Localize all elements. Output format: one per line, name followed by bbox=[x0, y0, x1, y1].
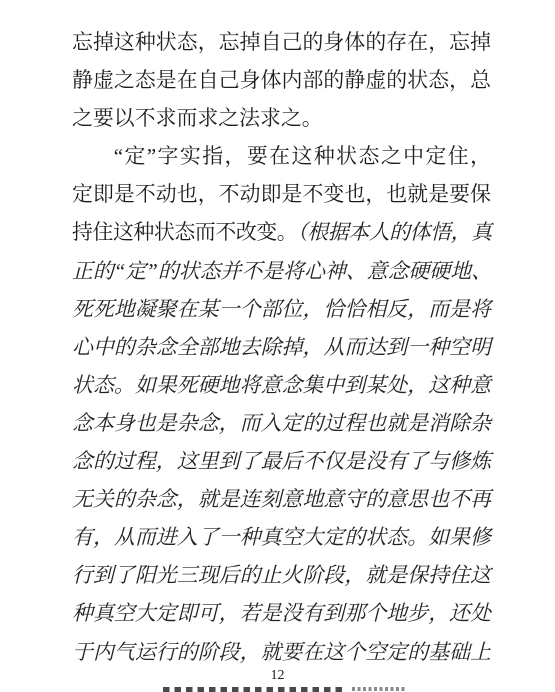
body-text-segment: 定即是不动也，不动即是不变也，也就是要保 bbox=[72, 182, 491, 206]
annotation-text-segment: （根据本人的体悟，真 bbox=[297, 220, 491, 244]
text-line: 念的过程，这里到了最后不仅是没有了与修炼 bbox=[72, 442, 491, 480]
annotation-text-segment: 种真空大定即可，若是没有到那个地步，还处 bbox=[72, 601, 491, 625]
text-line: 忘掉这种状态，忘掉自己的身体的存在，忘掉 bbox=[72, 23, 491, 61]
annotation-text-segment: 于内气运行的阶段，就要在这个空定的基础上 bbox=[72, 640, 491, 664]
annotation-text-segment: 行到了阳光三现后的止火阶段，就是保持住这 bbox=[72, 563, 491, 587]
text-block: 忘掉这种状态，忘掉自己的身体的存在，忘掉静虚之态是在自己身体内部的静虚的状态，总… bbox=[72, 23, 491, 671]
text-line: 正的“定”的状态并不是将心神、意念硬硬地、 bbox=[72, 252, 491, 290]
text-line: 定即是不动也，不动即是不变也，也就是要保 bbox=[72, 175, 491, 213]
annotation-text-segment: 状态。如果死硬地将意念集中到某处，这种意 bbox=[72, 373, 491, 397]
annotation-text-segment: 正的“定”的状态并不是将心神、意念硬硬地、 bbox=[72, 259, 491, 283]
text-line: 之要以不求而求之法求之。 bbox=[72, 99, 491, 137]
annotation-text-segment: 有，从而进入了一种真空大定的状态。如果修 bbox=[72, 525, 491, 549]
body-text-segment: 持住这种状态而不改变。 bbox=[72, 220, 297, 244]
annotation-text-segment: 念本身也是杂念，而入定的过程也就是消除杂 bbox=[72, 411, 491, 435]
text-line: “定”字实指，要在这种状态之中定住， bbox=[72, 137, 491, 175]
clipped-watermark-latin-strip bbox=[352, 687, 407, 691]
clipped-footer-watermark bbox=[163, 687, 407, 692]
text-line: 无关的杂念，就是连刻意地意守的意思也不再 bbox=[72, 480, 491, 518]
clipped-watermark-cjk-strip bbox=[163, 687, 345, 692]
text-line: 种真空大定即可，若是没有到那个地步，还处 bbox=[72, 594, 491, 632]
body-text-segment: 静虚之态是在自己身体内部的静虚的状态，总 bbox=[72, 68, 491, 92]
text-line: 持住这种状态而不改变。（根据本人的体悟，真 bbox=[72, 213, 491, 251]
text-line: 有，从而进入了一种真空大定的状态。如果修 bbox=[72, 518, 491, 556]
text-line: 念本身也是杂念，而入定的过程也就是消除杂 bbox=[72, 404, 491, 442]
text-line: 死死地凝聚在某一个部位，恰恰相反，而是将 bbox=[72, 290, 491, 328]
text-line: 状态。如果死硬地将意念集中到某处，这种意 bbox=[72, 366, 491, 404]
page-number: 12 bbox=[0, 669, 555, 683]
annotation-text-segment: 念的过程，这里到了最后不仅是没有了与修炼 bbox=[72, 449, 491, 473]
text-line: 静虚之态是在自己身体内部的静虚的状态，总 bbox=[72, 61, 491, 99]
text-line: 行到了阳光三现后的止火阶段，就是保持住这 bbox=[72, 556, 491, 594]
document-page: 忘掉这种状态，忘掉自己的身体的存在，忘掉静虚之态是在自己身体内部的静虚的状态，总… bbox=[0, 0, 555, 692]
text-line: 于内气运行的阶段，就要在这个空定的基础上 bbox=[72, 633, 491, 671]
annotation-text-segment: 死死地凝聚在某一个部位，恰恰相反，而是将 bbox=[72, 297, 491, 321]
annotation-text-segment: 无关的杂念，就是连刻意地意守的意思也不再 bbox=[72, 487, 491, 511]
body-text-segment: 忘掉这种状态，忘掉自己的身体的存在，忘掉 bbox=[72, 30, 491, 54]
body-text-segment: 之要以不求而求之法求之。 bbox=[72, 106, 323, 130]
annotation-text-segment: 心中的杂念全部地去除掉，从而达到一种空明 bbox=[72, 335, 491, 359]
body-text-segment: “定”字实指，要在这种状态之中定住， bbox=[114, 144, 491, 168]
text-line: 心中的杂念全部地去除掉，从而达到一种空明 bbox=[72, 328, 491, 366]
